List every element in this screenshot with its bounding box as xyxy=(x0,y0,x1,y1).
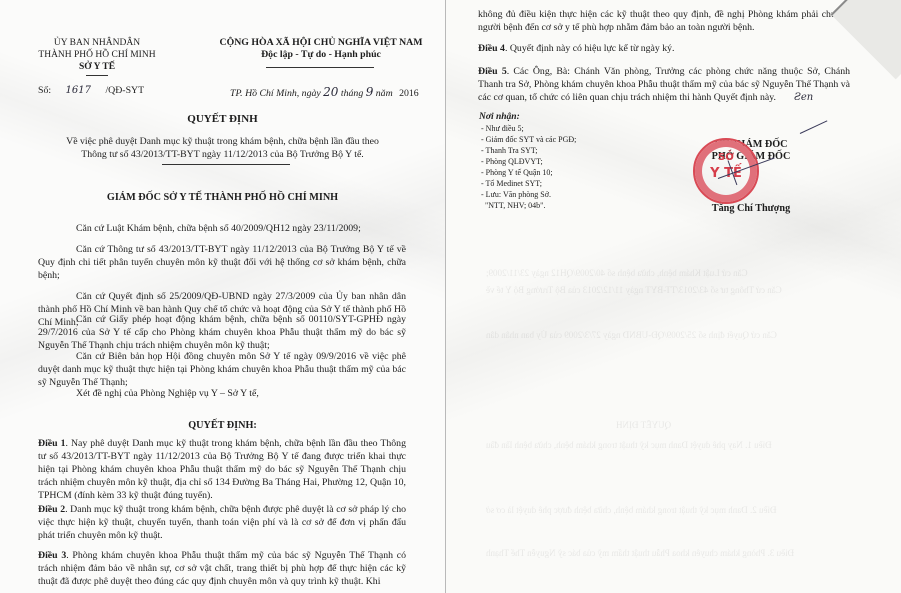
national-motto-line-1: CỘNG HÒA XÃ HỘI CHỦ NGHĨA VIỆT NAM xyxy=(205,37,437,49)
subtitle-line-2: Thông tư số 43/2013/TT-BYT ngày 11/12/20… xyxy=(0,148,445,161)
recipient-item: "NTT, NHV; 04b". xyxy=(479,200,576,211)
national-underline xyxy=(266,67,374,68)
recipient-item: - Tổ Medinet SYT; xyxy=(479,178,576,189)
article-4: Điều 4. Quyết định này có hiệu lực kể từ… xyxy=(478,42,850,55)
date-prefix: TP. Hồ Chí Minh, ngày xyxy=(230,88,321,99)
handwritten-initials: Ƨen xyxy=(794,92,813,103)
issuer-line-3: SỞ Y TẾ xyxy=(22,61,172,73)
date-year-label: năm xyxy=(376,88,393,99)
basis-4: Căn cứ Giấy phép hoạt động khám bệnh, ch… xyxy=(38,313,406,352)
issuer-line-1: ỦY BAN NHÂNDÂN xyxy=(22,37,172,49)
article-1: Điều 1. Nay phê duyệt Danh mục kỹ thuật … xyxy=(38,437,406,502)
recipient-item: - Lưu: Văn phòng Sở. xyxy=(479,189,576,200)
number-label: Số: xyxy=(38,85,51,96)
subtitle-underline xyxy=(162,164,290,165)
document-title: QUYẾT ĐỊNH xyxy=(0,113,445,125)
recipient-item: - Như điều 5; xyxy=(479,123,576,134)
issuing-authority: GIÁM ĐỐC SỞ Y TẾ THÀNH PHỐ HỒ CHÍ MINH xyxy=(0,192,445,203)
recipient-item: - Giám đốc SYT và các PGĐ; xyxy=(479,134,576,145)
issuer-line-2: THÀNH PHỐ HỒ CHÍ MINH xyxy=(22,49,172,61)
document-page-2: Căn cứ Luật Khám bệnh, chữa bệnh số 40/2… xyxy=(446,0,901,593)
issuer-header: ỦY BAN NHÂNDÂN THÀNH PHỐ HỒ CHÍ MINH SỞ … xyxy=(22,37,172,73)
issuer-underline xyxy=(86,75,108,76)
seal-text-1: SỞ xyxy=(695,152,757,163)
date-year: 2016 xyxy=(399,88,419,99)
decision-heading: QUYẾT ĐỊNH: xyxy=(0,420,445,431)
signer-name: Tăng Chí Thượng xyxy=(686,203,816,214)
article-2: Điều 2. Danh mục kỹ thuật trong khám bện… xyxy=(38,503,406,542)
recipient-item: - Phòng Y tế Quận 10; xyxy=(479,167,576,178)
recipients-block: Nơi nhận: - Như điều 5; - Giám đốc SYT v… xyxy=(479,111,576,211)
date-day: 20 xyxy=(323,85,338,99)
date-month: 9 xyxy=(366,85,374,99)
document-page-1: ỦY BAN NHÂNDÂN THÀNH PHỐ HỒ CHÍ MINH SỞ … xyxy=(0,0,446,593)
document-subtitle: Về việc phê duyệt Danh mục kỹ thuật tron… xyxy=(0,135,445,161)
subtitle-line-1: Về việc phê duyệt Danh mục kỹ thuật tron… xyxy=(0,135,445,148)
national-motto-line-2: Độc lập - Tự do - Hạnh phúc xyxy=(205,49,437,61)
date-month-label: tháng xyxy=(341,88,363,99)
national-header: CỘNG HÒA XÃ HỘI CHỦ NGHĨA VIỆT NAM Độc l… xyxy=(205,37,437,61)
recipient-item: - Phòng QLĐVYT; xyxy=(479,156,576,167)
basis-1: Căn cứ Luật Khám bệnh, chữa bệnh số 40/2… xyxy=(38,222,406,235)
basis-6: Xét đề nghị của Phòng Nghiệp vụ Y – Sở Y… xyxy=(38,387,406,400)
recipients-heading: Nơi nhận: xyxy=(479,111,576,123)
number-suffix: /QĐ-SYT xyxy=(105,85,144,96)
article-3: Điều 3. Phòng khám chuyên khoa Phẫu thuậ… xyxy=(38,549,406,588)
seal-text-2: Y TẾ xyxy=(695,166,757,181)
official-seal-stamp: SỞ Y TẾ xyxy=(693,138,759,204)
document-number: Số: 1617 /QĐ-SYT xyxy=(38,85,144,96)
number-handwritten: 1617 xyxy=(66,85,91,96)
recipient-item: - Thanh Tra SYT; xyxy=(479,145,576,156)
article-3-continuation: không đủ điều kiện thực hiện các kỹ thuậ… xyxy=(478,8,850,34)
document-date: TP. Hồ Chí Minh, ngày 20 tháng 9 năm 201… xyxy=(230,85,419,99)
basis-5: Căn cứ Biên bản họp Hội đồng chuyên môn … xyxy=(38,350,406,389)
basis-2: Căn cứ Thông tư số 43/2013/TT-BYT ngày 1… xyxy=(38,243,406,282)
